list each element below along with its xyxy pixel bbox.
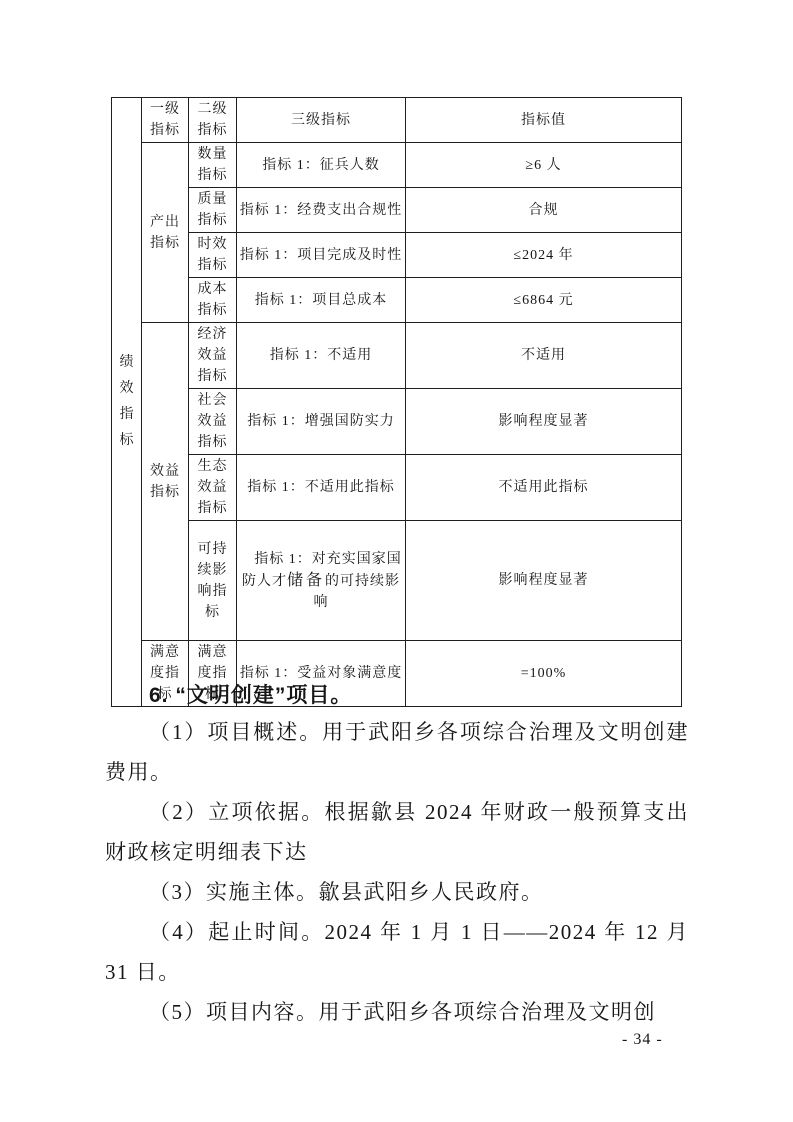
level2-cell: 生态效益指标 — [189, 455, 237, 521]
level2-cell: 经济效益指标 — [189, 323, 237, 389]
section-heading: 6. “文明创建”项目。 — [105, 680, 689, 712]
level3-cell: 指标 1：征兵人数 — [237, 143, 406, 188]
level3-cell: 指标 1：项目完成及时性 — [237, 233, 406, 278]
level1-output-cell: 产出指标 — [142, 143, 189, 323]
body-content: 6. “文明创建”项目。 （1）项目概述。用于武阳乡各项综合治理及文明创建费用。… — [105, 680, 689, 1032]
level3-cell: 指标 1：不适用 — [237, 323, 406, 389]
value-cell: 合规 — [406, 188, 682, 233]
value-cell: 不适用此指标 — [406, 455, 682, 521]
level3-text-post: 的可持续影响 — [314, 574, 401, 610]
table-row: 时效指标 指标 1：项目完成及时性 ≤2024 年 — [112, 233, 682, 278]
paragraph-project-overview: （1）项目概述。用于武阳乡各项综合治理及文明创建费用。 — [105, 712, 689, 792]
level2-cell: 数量指标 — [189, 143, 237, 188]
value-cell: ≥6 人 — [406, 143, 682, 188]
table-row: 生态效益指标 指标 1：不适用此指标 不适用此指标 — [112, 455, 682, 521]
value-cell: 不适用 — [406, 323, 682, 389]
header-level3: 三级指标 — [237, 98, 406, 143]
level2-cell: 质量指标 — [189, 188, 237, 233]
level2-cell: 成本指标 — [189, 278, 237, 323]
side-label-text: 绩效指标 — [120, 350, 134, 454]
table-row: 社会效益指标 指标 1：增强国防实力 影响程度显著 — [112, 389, 682, 455]
value-cell: 影响程度显著 — [406, 521, 682, 641]
header-level1: 一级指标 — [142, 98, 189, 143]
table-row: 成本指标 指标 1：项目总成本 ≤6864 元 — [112, 278, 682, 323]
paragraph-project-content: （5）项目内容。用于武阳乡各项综合治理及文明创 — [105, 992, 689, 1032]
table-row: 产出指标 数量指标 指标 1：征兵人数 ≥6 人 — [112, 143, 682, 188]
header-level2: 二级指标 — [189, 98, 237, 143]
side-label-cell: 绩效指标 — [112, 98, 142, 707]
performance-indicator-table-wrap: 绩效指标 一级指标 二级指标 三级指标 指标值 产出指标 数量指标 指标 1：征… — [111, 97, 682, 707]
table-row: 效益指标 经济效益指标 指标 1：不适用 不适用 — [112, 323, 682, 389]
level2-cell: 社会效益指标 — [189, 389, 237, 455]
level1-benefit-cell: 效益指标 — [142, 323, 189, 641]
performance-indicator-table: 绩效指标 一级指标 二级指标 三级指标 指标值 产出指标 数量指标 指标 1：征… — [111, 97, 682, 707]
header-value: 指标值 — [406, 98, 682, 143]
level3-text-emph: 储备 — [287, 572, 325, 589]
level3-cell: 指标 1：不适用此指标 — [237, 455, 406, 521]
level2-cell: 可持续影响指标 — [189, 521, 237, 641]
level2-cell: 时效指标 — [189, 233, 237, 278]
value-cell: 影响程度显著 — [406, 389, 682, 455]
table-row: 质量指标 指标 1：经费支出合规性 合规 — [112, 188, 682, 233]
document-page: 绩效指标 一级指标 二级指标 三级指标 指标值 产出指标 数量指标 指标 1：征… — [0, 0, 793, 1122]
paragraph-implementing-body: （3）实施主体。歙县武阳乡人民政府。 — [105, 872, 689, 912]
page-number: - 34 - — [622, 1031, 663, 1049]
table-row: 可持续影响指标 指标 1：对充实国家国防人才储备的可持续影响 影响程度显著 — [112, 521, 682, 641]
level3-cell: 指标 1：增强国防实力 — [237, 389, 406, 455]
paragraph-time-period: （4）起止时间。2024 年 1 月 1 日——2024 年 12 月 31 日… — [105, 912, 689, 992]
level3-cell: 指标 1：经费支出合规性 — [237, 188, 406, 233]
level3-cell: 指标 1：项目总成本 — [237, 278, 406, 323]
paragraph-approval-basis: （2）立项依据。根据歙县 2024 年财政一般预算支出财政核定明细表下达 — [105, 792, 689, 872]
value-cell: ≤6864 元 — [406, 278, 682, 323]
level3-sustainable-impact-cell: 指标 1：对充实国家国防人才储备的可持续影响 — [237, 521, 406, 641]
value-cell: ≤2024 年 — [406, 233, 682, 278]
